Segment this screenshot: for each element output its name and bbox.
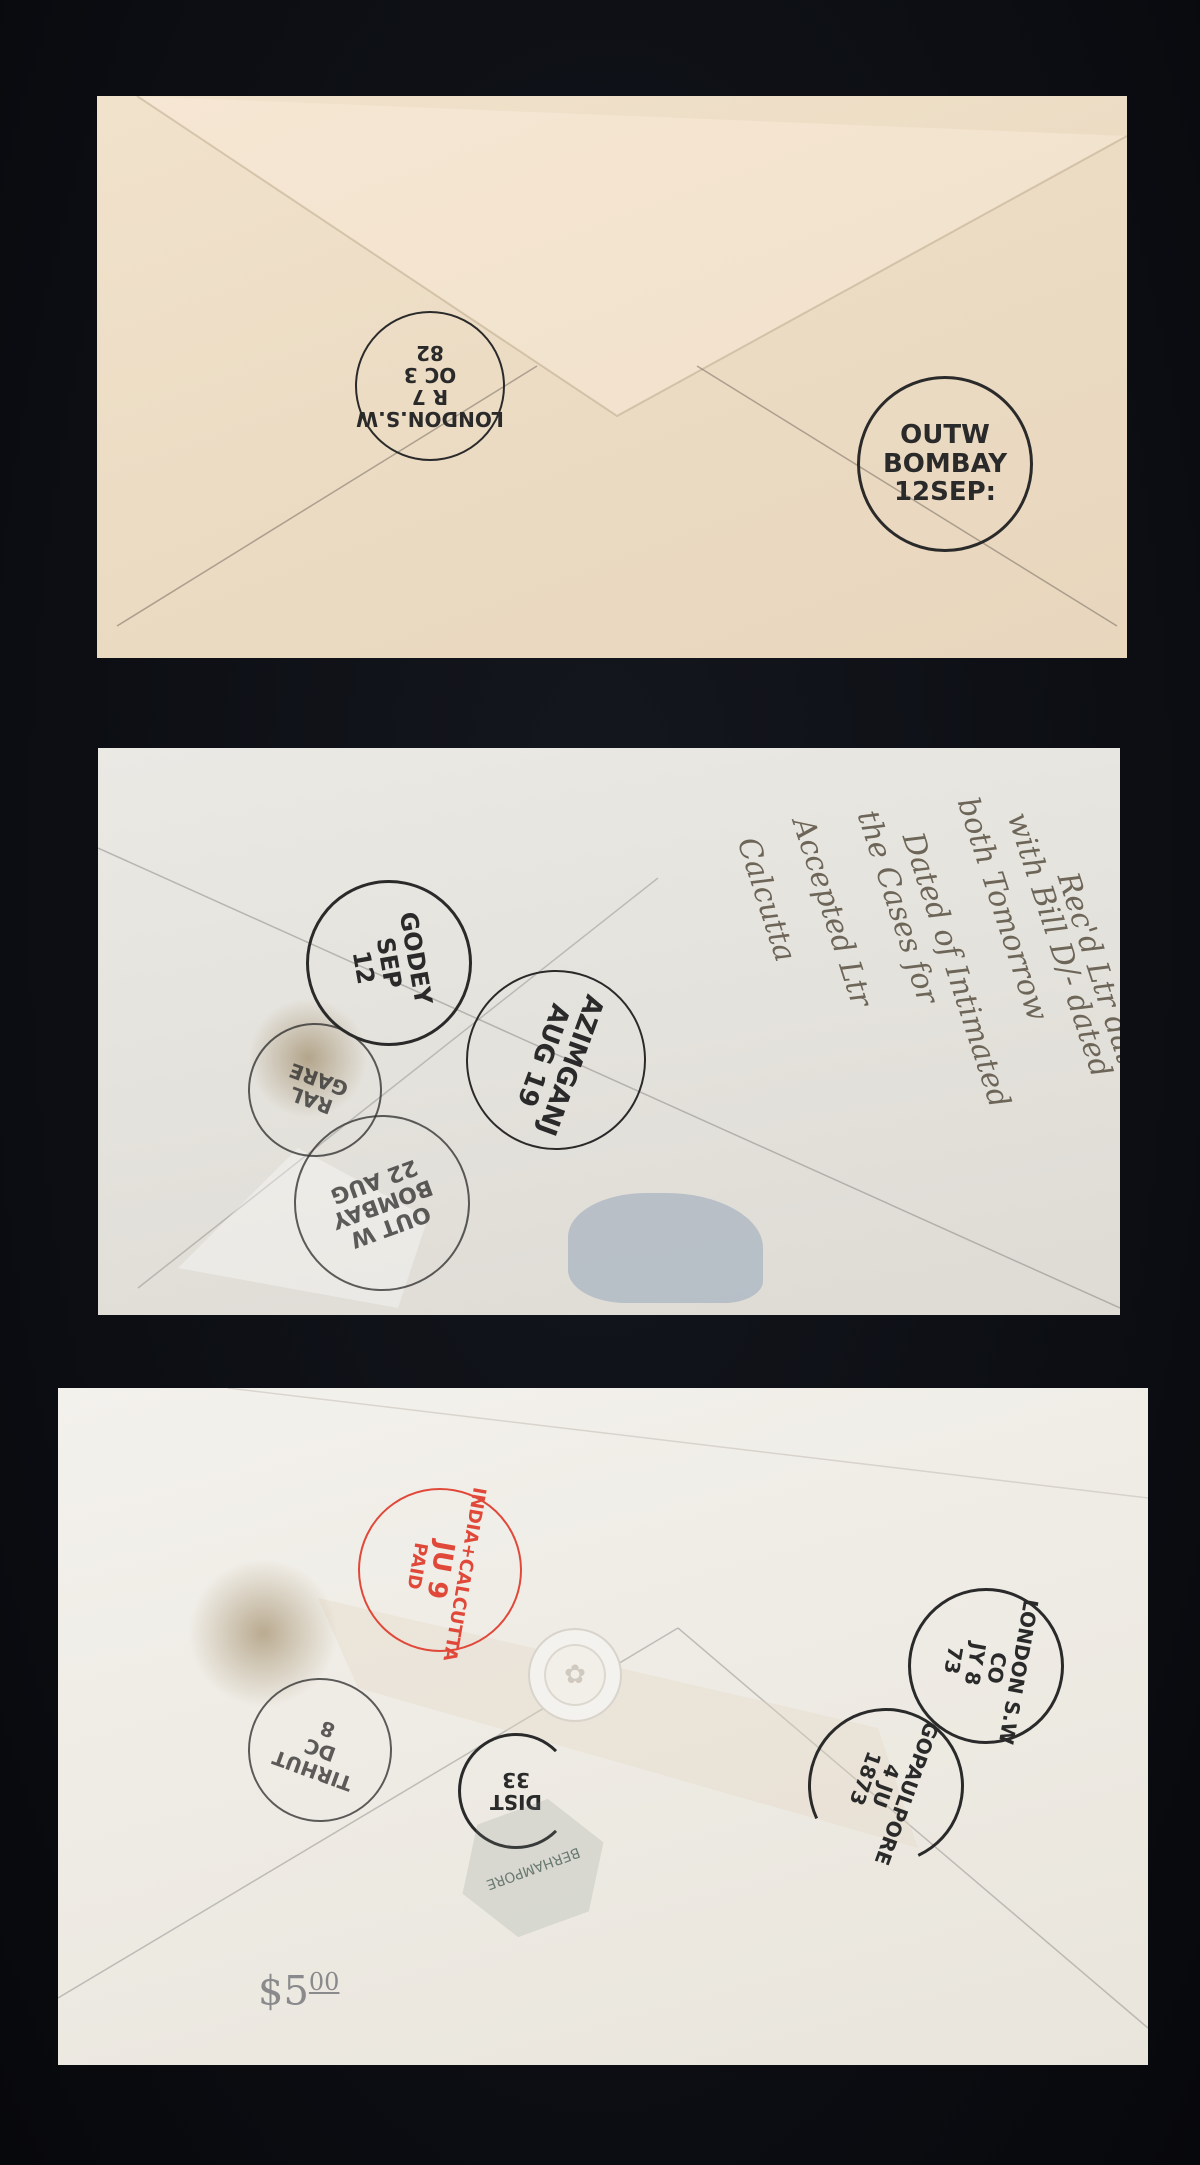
envelope-top: OUTW BOMBAY 12SEP: LONDON.S.W R 7 OC 3 8…: [97, 96, 1127, 658]
envelope-bottom: ✿ INDIA+CALCUTTA JU 9 PAID LONDON S.W CO…: [58, 1388, 1148, 2065]
pencil-price-note: $500: [258, 1968, 339, 2014]
postmark-london-sw: LONDON.S.W R 7 OC 3 82: [355, 311, 505, 461]
price-main: 5: [283, 1968, 308, 2014]
envelope-middle: AZIMGANJ AUG 19 GODEY SEP 12 OUT W BOMBA…: [98, 748, 1120, 1315]
price-cents: 00: [309, 1968, 340, 1996]
embossed-seal: ✿: [528, 1628, 622, 1722]
envelope-flap-lines: [97, 96, 1127, 658]
blue-paper-remnant: [568, 1193, 763, 1303]
price-prefix: $: [258, 1968, 283, 2014]
postmark-outw-bombay: OUTW BOMBAY 12SEP:: [857, 376, 1033, 552]
